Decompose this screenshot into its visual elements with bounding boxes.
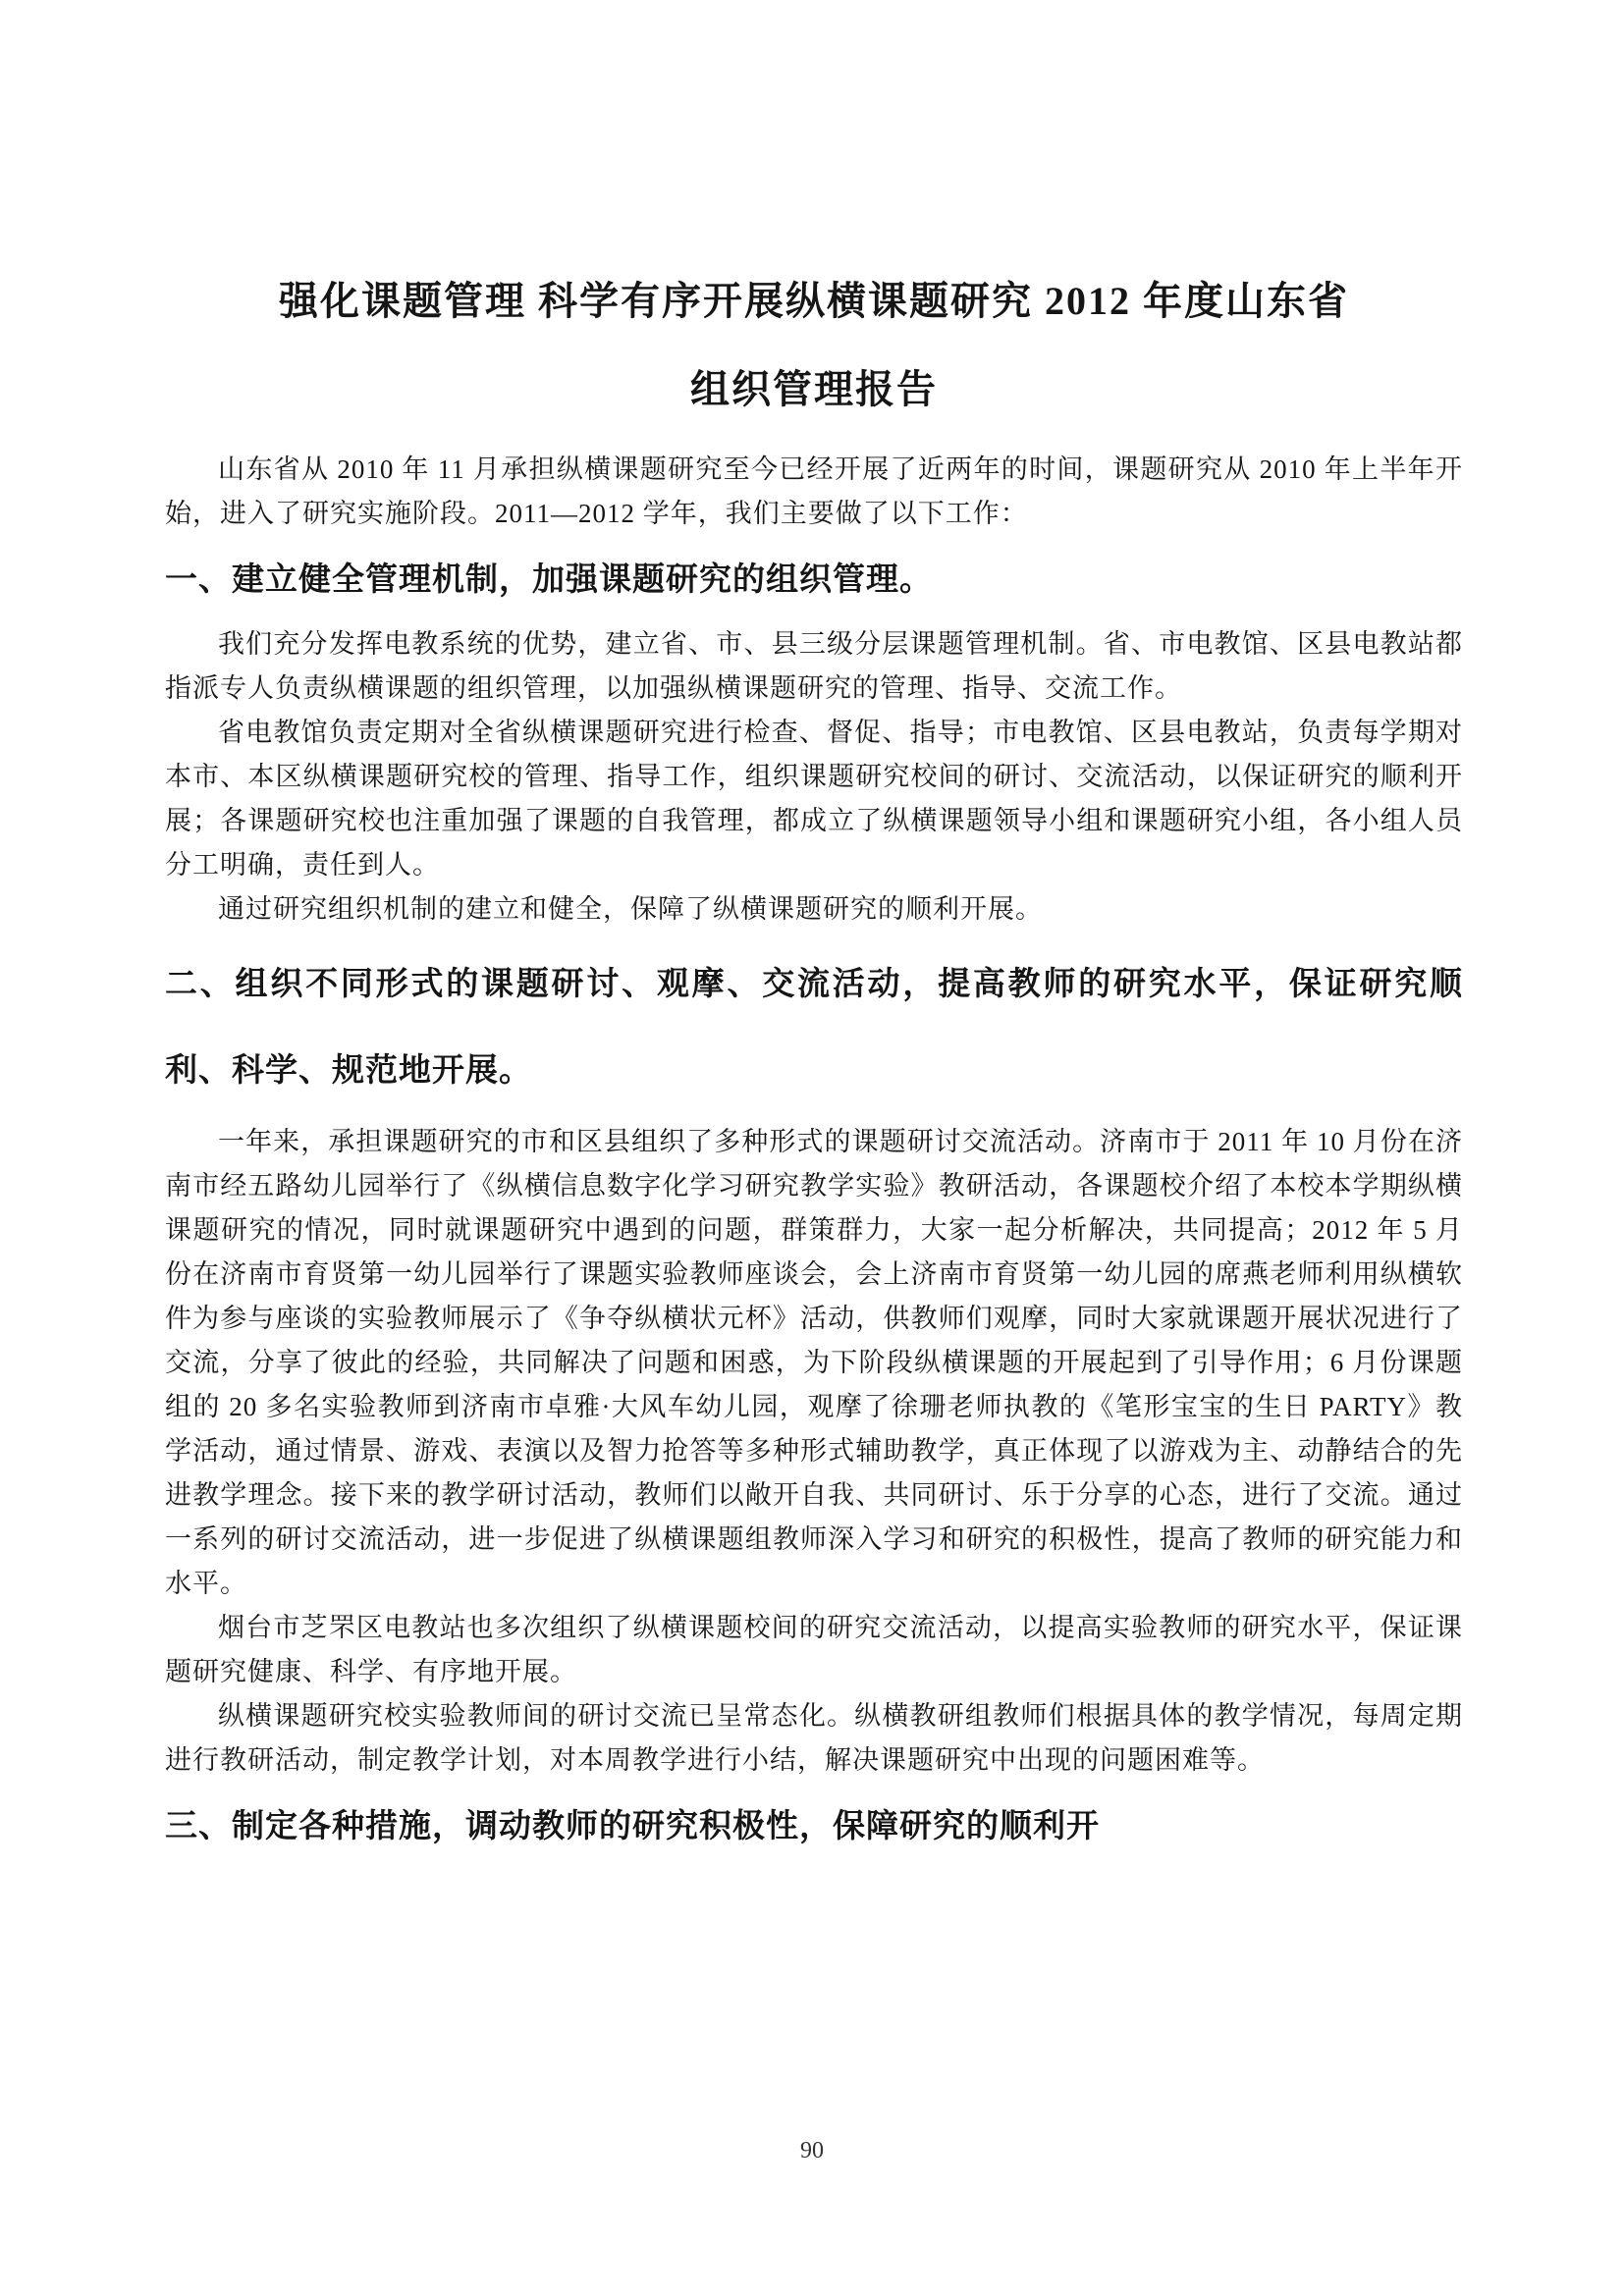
section-1-paragraph-3: 通过研究组织机制的建立和健全，保障了纵横课题研究的顺利开展。 (165, 887, 1463, 932)
document-page: 强化课题管理 科学有序开展纵横课题研究 2012 年度山东省 组织管理报告 山东… (0, 0, 1624, 2296)
document-title: 强化课题管理 科学有序开展纵横课题研究 2012 年度山东省 组织管理报告 (165, 0, 1463, 434)
section-3-heading: 三、制定各种措施，调动教师的研究积极性，保障研究的顺利开 (165, 1796, 1463, 1857)
section-1-paragraph-2: 省电教馆负责定期对全省纵横课题研究进行检查、督促、指导；市电教馆、区县电教站，负… (165, 711, 1463, 887)
section-1-heading: 一、建立健全管理机制，加强课题研究的组织管理。 (165, 550, 1463, 611)
document-content: 强化课题管理 科学有序开展纵横课题研究 2012 年度山东省 组织管理报告 山东… (165, 0, 1463, 1869)
page-number: 90 (0, 2138, 1624, 2164)
document-title-line-1: 强化课题管理 科学有序开展纵横课题研究 2012 年度山东省 (165, 257, 1463, 346)
document-title-line-2: 组织管理报告 (165, 346, 1463, 434)
section-2-paragraph-2: 烟台市芝罘区电教站也多次组织了纵横课题校间的研究交流活动，以提高实验教师的研究水… (165, 1606, 1463, 1694)
section-2-heading: 二、组织不同形式的课题研讨、观摩、交流活动，提高教师的研究水平，保证研究顺利、科… (165, 941, 1463, 1114)
section-1-paragraph-1: 我们充分发挥电教系统的优势，建立省、市、县三级分层课题管理机制。省、市电教馆、区… (165, 622, 1463, 711)
section-2-paragraph-1: 一年来，承担课题研究的市和区县组织了多种形式的课题研讨交流活动。济南市于 201… (165, 1120, 1463, 1606)
intro-paragraph: 山东省从 2010 年 11 月承担纵横课题研究至今已经开展了近两年的时间，课题… (165, 448, 1463, 536)
section-2-paragraph-3: 纵横课题研究校实验教师间的研讨交流已呈常态化。纵横教研组教师们根据具体的教学情况… (165, 1694, 1463, 1783)
